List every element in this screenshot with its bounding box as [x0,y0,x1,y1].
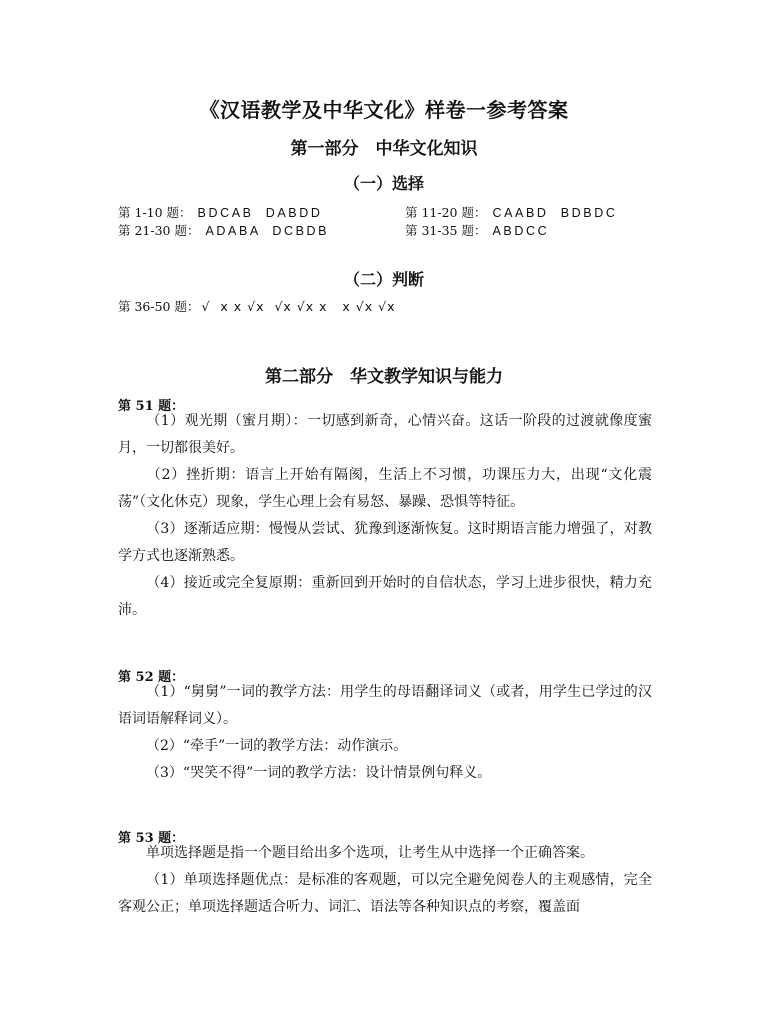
row-answers: ADABA DCBDB [205,224,329,238]
choice-answers-row: 第 11-20 题：CAABD BDBDC [405,203,617,221]
answer-item: （4）接近或完全复原期：重新回到开始时的自信状态，学习上进步很快，精力充沛。 [118,570,652,624]
row-answers: CAABD BDBDC [492,206,617,220]
document-page: 《汉语教学及中华文化》样卷一参考答案 第一部分 中华文化知识 （一）选择 第 1… [0,0,768,1024]
answer-item: （3）“哭笑不得”一词的教学方法：设计情景例句释义。 [118,760,652,787]
row-label: 第 11-20 题： [405,205,486,220]
answer-item: （1）观光期（蜜月期）：一切感到新奇，心情兴奋。这话一阶段的过渡就像度蜜月，一切… [118,408,652,462]
answer-item: 单项选择题是指一个题目给出多个选项，让考生从中选择一个正确答案。 [118,840,652,867]
row-label: 第 1-10 题： [118,205,192,220]
row-label: 第 31-35 题： [405,223,486,238]
row-answers: √ x x √x √x √x x x √x √x [201,299,395,314]
question-52-answer: （1）“舅舅”一词的教学方法：用学生的母语翻译词义（或者，用学生已学过的汉语词语… [118,679,652,787]
section-truefalse-heading: （二）判断 [0,267,768,290]
section-choice-heading: （一）选择 [0,171,768,194]
choice-answers-row: 第 21-30 题：ADABA DCBDB [118,221,329,239]
document-title: 《汉语教学及中华文化》样卷一参考答案 [0,94,768,123]
answer-item: （2）挫折期：语言上开始有隔阂，生活上不习惯，功课压力大，出现“文化震荡”（文化… [118,462,652,516]
part1-heading: 第一部分 中华文化知识 [0,134,768,159]
truefalse-answers-row: 第 36-50 题：√ x x √x √x √x x x √x √x [118,297,396,315]
question-51-answer: （1）观光期（蜜月期）：一切感到新奇，心情兴奋。这话一阶段的过渡就像度蜜月，一切… [118,408,652,624]
answer-item: （2）“牵手”一词的教学方法：动作演示。 [118,733,652,760]
row-answers: ABDCC [492,224,549,238]
choice-answers-row: 第 31-35 题：ABDCC [405,221,549,239]
part2-heading: 第二部分 华文教学知识与能力 [0,362,768,387]
choice-answers-row: 第 1-10 题：BDCAB DABDD [118,203,323,221]
answer-item: （3）逐渐适应期：慢慢从尝试、犹豫到逐渐恢复。这时期语言能力增强了，对教学方式也… [118,516,652,570]
answer-item: （1）“舅舅”一词的教学方法：用学生的母语翻译词义（或者，用学生已学过的汉语词语… [118,679,652,733]
question-53-answer: 单项选择题是指一个题目给出多个选项，让考生从中选择一个正确答案。 （1）单项选择… [118,840,652,921]
row-label: 第 21-30 题： [118,223,199,238]
answer-item: （1）单项选择题优点：是标准的客观题，可以完全避免阅卷人的主观感情，完全客观公正… [118,867,652,921]
row-answers: BDCAB DABDD [198,206,323,220]
row-label: 第 36-50 题： [118,299,199,314]
